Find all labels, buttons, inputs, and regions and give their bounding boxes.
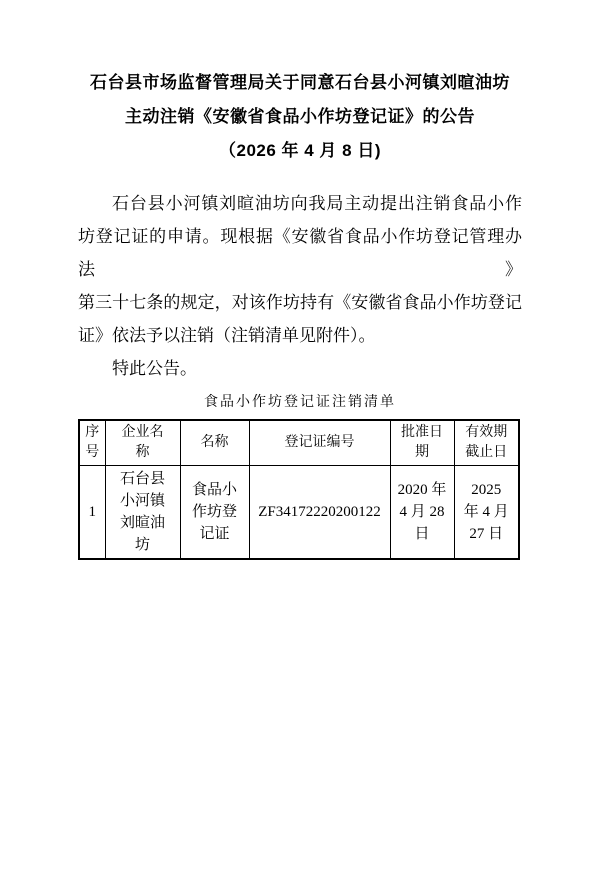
table-header-row: 序 号 企业名 称 名称 登记证编号 批准日 期 有效期 截止日 (79, 420, 519, 466)
attachment-table-title: 食品小作坊登记证注销清单 (78, 393, 522, 413)
page-title: 石台县市场监督管理局关于同意石台县小河镇刘暄油坊 主动注销《安徽省食品小作坊登记… (78, 66, 522, 168)
paragraph-line: 坊登记证的申请。现根据《安徽省食品小作坊登记管理办法》 (78, 220, 522, 286)
title-line-2: 主动注销《安徽省食品小作坊登记证》的公告 (78, 100, 522, 134)
paragraph-line: 石台县小河镇刘暄油坊向我局主动提出注销食品小作 (78, 187, 522, 220)
paragraph-line: 第三十七条的规定，对该作坊持有《安徽省食品小作坊登记 (78, 286, 522, 319)
header-seq: 序 号 (79, 420, 105, 466)
header-expiry-date: 有效期 截止日 (454, 420, 519, 466)
header-enterprise-name: 企业名 称 (105, 420, 180, 466)
header-cert-number: 登记证编号 (249, 420, 390, 466)
cell-enterprise-name: 石台县 小河镇 刘暄油 坊 (105, 466, 180, 560)
paragraph-line: 证》依法予以注销（注销清单见附件）。 (78, 319, 522, 352)
cancellation-table: 序 号 企业名 称 名称 登记证编号 批准日 期 有效期 截止日 1 石台县 小… (78, 419, 520, 560)
cell-approval-date: 2020 年 4 月 28 日 (390, 466, 454, 560)
header-approval-date: 批准日 期 (390, 420, 454, 466)
cell-expiry-date: 2025 年 4 月 27 日 (454, 466, 519, 560)
cell-seq: 1 (79, 466, 105, 560)
title-date: （2026 年 4 月 8 日) (78, 134, 522, 168)
title-line-1: 石台县市场监督管理局关于同意石台县小河镇刘暄油坊 (78, 66, 522, 100)
cell-cert-name: 食品小 作坊登 记证 (180, 466, 249, 560)
closing-statement: 特此公告。 (78, 352, 522, 385)
announcement-paragraph: 石台县小河镇刘暄油坊向我局主动提出注销食品小作 坊登记证的申请。现根据《安徽省食… (78, 187, 522, 352)
announcement-page: 石台县市场监督管理局关于同意石台县小河镇刘暄油坊 主动注销《安徽省食品小作坊登记… (0, 0, 600, 889)
table-row: 1 石台县 小河镇 刘暄油 坊 食品小 作坊登 记证 ZF34172220200… (79, 466, 519, 560)
cell-cert-number: ZF34172220200122 (249, 466, 390, 560)
header-cert-name: 名称 (180, 420, 249, 466)
